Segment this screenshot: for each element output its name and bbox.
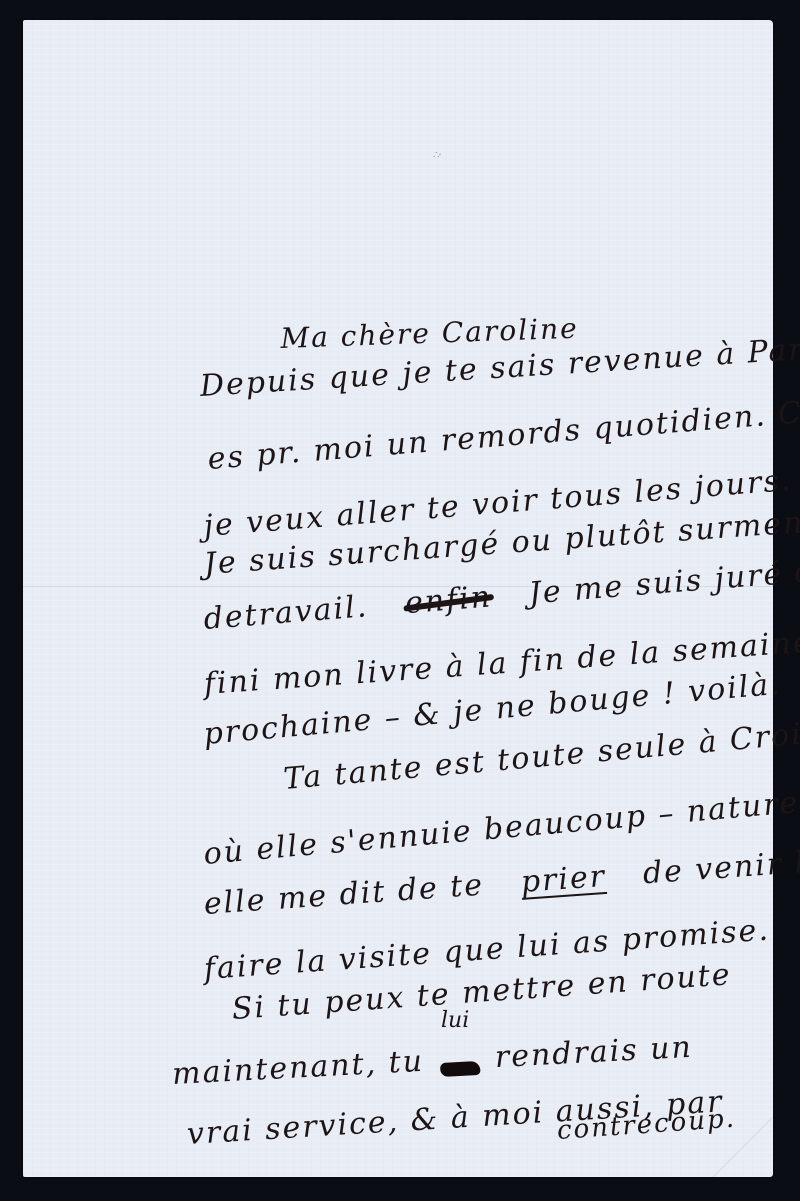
inserted-word: lui xyxy=(441,1008,469,1033)
letter-line-13-end: rendrais un xyxy=(494,1030,694,1075)
letter-line-5-start: detravail. xyxy=(202,589,369,637)
letter-paper: ∴· Ma chère Caroline Depuis que je te sa… xyxy=(23,20,773,1177)
stamp-mark: ∴· xyxy=(433,150,441,161)
letter-line-10-start: elle me dit de te xyxy=(203,868,485,922)
ink-blot xyxy=(440,1061,481,1077)
struck-word: enfin xyxy=(404,582,493,619)
letter-line-10-end: de venir lui xyxy=(642,843,800,892)
salutation: Ma chère Caroline xyxy=(280,315,579,353)
letter-line-13: maintenant, tu rendrais un xyxy=(171,1033,693,1090)
letter-line-13-start: maintenant, tu xyxy=(171,1044,425,1092)
underlined-word: prier xyxy=(520,859,607,900)
letter-line-2: es pr. moi un remords quotidien. Car xyxy=(207,395,800,475)
